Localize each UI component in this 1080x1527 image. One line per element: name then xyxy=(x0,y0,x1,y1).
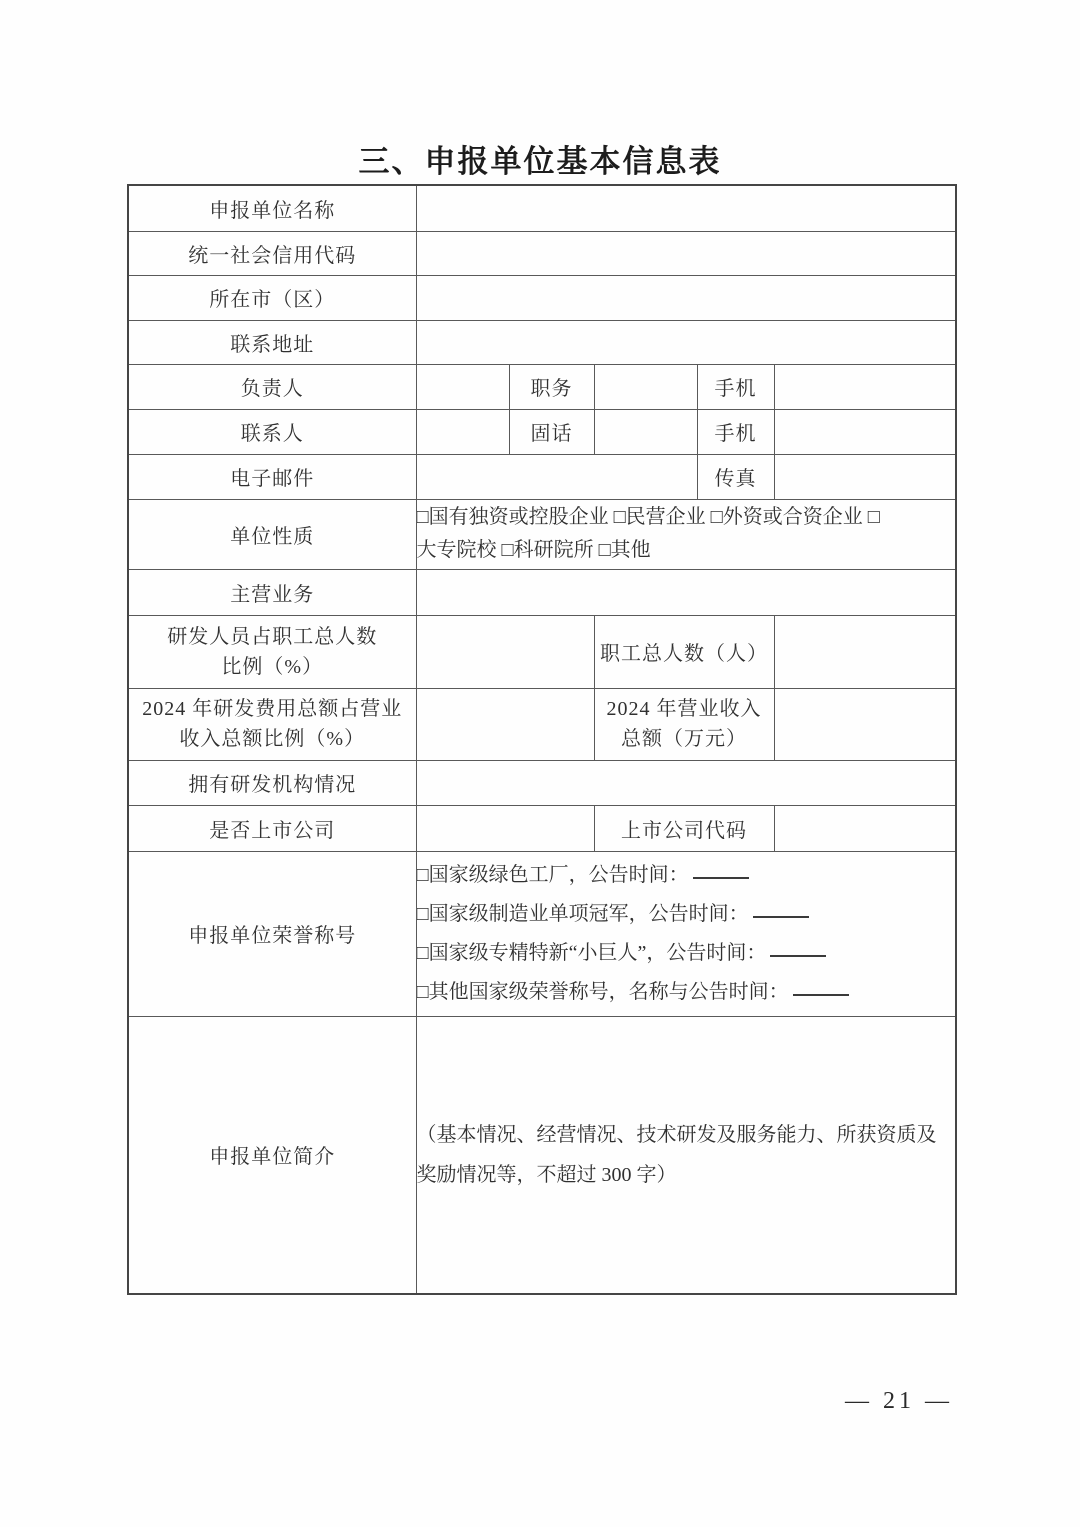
position-label: 职务 xyxy=(509,364,594,409)
fax-value-cell xyxy=(774,454,956,499)
contact-label: 联系人 xyxy=(128,409,416,454)
email-label: 电子邮件 xyxy=(128,454,416,499)
row-credit-code: 统一社会信用代码 xyxy=(128,231,956,275)
nature-options-line1: □国有独资或控股企业 □民营企业 □外资或合资企业 □ xyxy=(417,501,956,534)
row-listed: 是否上市公司 上市公司代码 xyxy=(128,805,956,851)
row-intro: 申报单位简介 （基本情况、经营情况、技术研发及服务能力、所获资质及奖励情况等，不… xyxy=(128,1016,956,1294)
head-label: 负责人 xyxy=(128,364,416,409)
unit-name-value-cell xyxy=(416,185,956,231)
city-label: 所在市（区） xyxy=(128,275,416,320)
rd-expense-label: 2024 年研发费用总额占营业 收入总额比例（%） xyxy=(128,688,416,760)
blank-line xyxy=(693,877,749,879)
contact-mobile-label: 手机 xyxy=(697,409,774,454)
intro-hint-text: （基本情况、经营情况、技术研发及服务能力、所获资质及奖励情况等，不超过 300 … xyxy=(417,1124,937,1186)
honor-option-little-giant: □国家级专精特新“小巨人”，公告时间： xyxy=(417,934,956,973)
page-title: 三、申报单位基本信息表 xyxy=(0,136,1080,181)
row-rd-ratio: 研发人员占职工总人数 比例（%） 职工总人数（人） xyxy=(128,615,956,688)
row-head: 负责人 职务 手机 xyxy=(128,364,956,409)
page-number: — 21 — xyxy=(845,1388,953,1415)
rd-expense-label-line2: 收入总额比例（%） xyxy=(129,724,416,754)
listed-code-label: 上市公司代码 xyxy=(594,805,774,851)
row-rd-institution: 拥有研发机构情况 xyxy=(128,760,956,805)
rd-ratio-label: 研发人员占职工总人数 比例（%） xyxy=(128,615,416,688)
main-business-label: 主营业务 xyxy=(128,569,416,615)
honor-option-green-factory: □国家级绿色工厂，公告时间： xyxy=(417,856,956,895)
blank-line xyxy=(753,916,809,918)
basic-info-table: 申报单位名称 统一社会信用代码 所在市（区） 联系地址 负责人 职务 手机 联系… xyxy=(127,184,957,1295)
row-rd-expense: 2024 年研发费用总额占营业 收入总额比例（%） 2024 年营业收入 总额（… xyxy=(128,688,956,760)
row-nature: 单位性质 □国有独资或控股企业 □民营企业 □外资或合资企业 □ 大专院校 □科… xyxy=(128,499,956,569)
staff-total-label: 职工总人数（人） xyxy=(594,615,774,688)
rd-institution-value-cell xyxy=(416,760,956,805)
rd-expense-label-line1: 2024 年研发费用总额占营业 xyxy=(129,694,416,724)
listed-code-value-cell xyxy=(774,805,956,851)
rd-ratio-label-line2: 比例（%） xyxy=(129,652,416,682)
intro-label: 申报单位简介 xyxy=(128,1016,416,1294)
row-contact: 联系人 固话 手机 xyxy=(128,409,956,454)
honors-label: 申报单位荣誉称号 xyxy=(128,851,416,1016)
rd-ratio-label-line1: 研发人员占职工总人数 xyxy=(129,622,416,652)
landline-label: 固话 xyxy=(509,409,594,454)
revenue-label-line2: 总额（万元） xyxy=(595,724,774,754)
blank-line xyxy=(770,955,826,957)
city-value-cell xyxy=(416,275,956,320)
revenue-label-line1: 2024 年营业收入 xyxy=(595,694,774,724)
honor-option-single-champion: □国家级制造业单项冠军，公告时间： xyxy=(417,895,956,934)
document-page: 三、申报单位基本信息表 申报单位名称 统一社会信用代码 所在市（区） 联系地址 xyxy=(0,0,1080,1527)
address-label: 联系地址 xyxy=(128,320,416,364)
nature-options-cell: □国有独资或控股企业 □民营企业 □外资或合资企业 □ 大专院校 □科研院所 □… xyxy=(416,499,956,569)
honor-option-other: □其他国家级荣誉称号，名称与公告时间： xyxy=(417,973,956,1012)
row-address: 联系地址 xyxy=(128,320,956,364)
staff-total-value-cell xyxy=(774,615,956,688)
landline-value-cell xyxy=(594,409,697,454)
row-unit-name: 申报单位名称 xyxy=(128,185,956,231)
row-main-business: 主营业务 xyxy=(128,569,956,615)
credit-code-value-cell xyxy=(416,231,956,275)
nature-label: 单位性质 xyxy=(128,499,416,569)
rd-ratio-value-cell xyxy=(416,615,594,688)
fax-label: 传真 xyxy=(697,454,774,499)
contact-value-cell xyxy=(416,409,509,454)
head-mobile-value-cell xyxy=(774,364,956,409)
row-city: 所在市（区） xyxy=(128,275,956,320)
row-honors: 申报单位荣誉称号 □国家级绿色工厂，公告时间： □国家级制造业单项冠军，公告时间… xyxy=(128,851,956,1016)
email-value-cell xyxy=(416,454,697,499)
position-value-cell xyxy=(594,364,697,409)
row-email: 电子邮件 传真 xyxy=(128,454,956,499)
nature-options-line2: 大专院校 □科研院所 □其他 xyxy=(417,534,956,567)
address-value-cell xyxy=(416,320,956,364)
honors-options-cell: □国家级绿色工厂，公告时间： □国家级制造业单项冠军，公告时间： □国家级专精特… xyxy=(416,851,956,1016)
unit-name-label: 申报单位名称 xyxy=(128,185,416,231)
rd-institution-label: 拥有研发机构情况 xyxy=(128,760,416,805)
blank-line xyxy=(793,994,849,996)
head-mobile-label: 手机 xyxy=(697,364,774,409)
revenue-value-cell xyxy=(774,688,956,760)
main-business-value-cell xyxy=(416,569,956,615)
contact-mobile-value-cell xyxy=(774,409,956,454)
credit-code-label: 统一社会信用代码 xyxy=(128,231,416,275)
intro-hint-cell: （基本情况、经营情况、技术研发及服务能力、所获资质及奖励情况等，不超过 300 … xyxy=(416,1016,956,1294)
rd-expense-value-cell xyxy=(416,688,594,760)
head-value-cell xyxy=(416,364,509,409)
listed-label: 是否上市公司 xyxy=(128,805,416,851)
revenue-label: 2024 年营业收入 总额（万元） xyxy=(594,688,774,760)
listed-value-cell xyxy=(416,805,594,851)
